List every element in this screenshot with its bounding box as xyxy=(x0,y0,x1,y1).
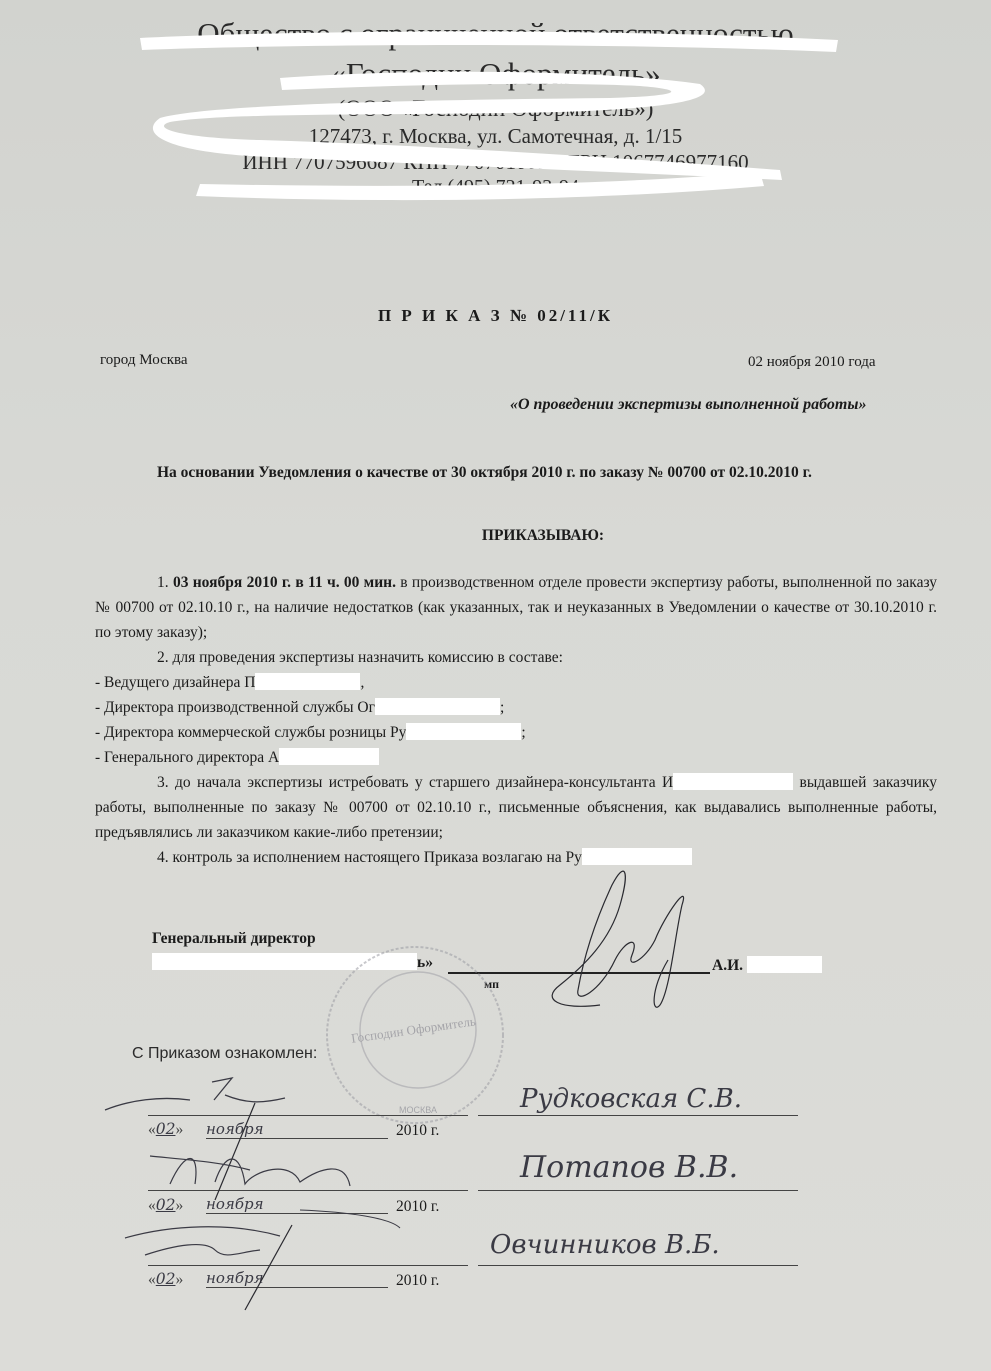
svg-text:МОСКВА: МОСКВА xyxy=(399,1105,437,1115)
member-text: - Директора производственной службы Ог xyxy=(95,699,375,716)
item3-text: 3. до начала экспертизы истребовать у ст… xyxy=(157,774,673,791)
order-item-2: 2. для проведения экспертизы назначить к… xyxy=(95,645,937,670)
member-text: - Ведущего дизайнера П xyxy=(95,674,255,691)
order-title: П Р И К А З № 02/11/К xyxy=(0,306,991,326)
redaction xyxy=(747,956,822,973)
item-number: 1. xyxy=(157,574,173,591)
org-suffix: ь» xyxy=(417,954,433,971)
redaction xyxy=(375,698,500,715)
day-value: 02 xyxy=(156,1120,176,1138)
ack-day: «02» xyxy=(148,1270,183,1289)
order-item-4: 4. контроль за исполнением настоящего Пр… xyxy=(95,845,937,870)
name-line xyxy=(478,1190,798,1191)
order-date: 02 ноября 2010 года xyxy=(748,354,876,371)
signer-position: Генеральный директор xyxy=(152,930,316,948)
order-items: 1. 03 ноября 2010 г. в 11 ч. 00 мин. в п… xyxy=(95,570,937,870)
signer-handwritten-name: Овчинников В.Б. xyxy=(490,1230,720,1260)
ack-day: «02» xyxy=(148,1120,183,1139)
signature-line xyxy=(148,1115,468,1116)
signer-name: А.И. xyxy=(712,956,822,975)
name-line xyxy=(478,1265,798,1266)
ack-year: 2010 г. xyxy=(396,1272,439,1290)
signature-line xyxy=(148,1265,468,1266)
svg-text:Господин Оформитель: Господин Оформитель xyxy=(350,1013,476,1045)
ack-year: 2010 г. xyxy=(396,1198,439,1216)
signature-line xyxy=(148,1190,468,1191)
director-signature xyxy=(552,871,683,1007)
redaction xyxy=(582,848,692,865)
signer-handwritten-name: Потапов В.В. xyxy=(520,1150,738,1185)
item1-datetime: 03 ноября 2010 г. в 11 ч. 00 мин. xyxy=(173,574,396,591)
signer-initials: А.И. xyxy=(712,957,743,974)
order-subject: «О проведении экспертизы выполненной раб… xyxy=(510,396,866,414)
member-tail: ; xyxy=(521,724,525,741)
order-basis: На основании Уведомления о качестве от 3… xyxy=(95,460,937,485)
commission-member: - Ведущего дизайнера П, xyxy=(95,670,937,695)
ack-month: ноября xyxy=(206,1195,388,1214)
name-line xyxy=(478,1115,798,1116)
redaction xyxy=(673,773,793,790)
member-tail: ; xyxy=(500,699,504,716)
stamp-place-label: мп xyxy=(484,977,499,992)
ack-month: ноября xyxy=(206,1269,388,1288)
order-city: город Москва xyxy=(100,352,188,369)
redaction xyxy=(152,953,417,970)
commission-member: - Генерального директора А xyxy=(95,745,937,770)
member-tail: , xyxy=(360,674,364,691)
ack-month: ноября xyxy=(206,1120,388,1139)
day-value: 02 xyxy=(156,1270,176,1288)
acknowledgement-label: С Приказом ознакомлен: xyxy=(132,1045,317,1063)
member-text: - Директора коммерческой службы розницы … xyxy=(95,724,406,741)
redaction-scribble xyxy=(0,0,991,220)
commission-member: - Директора производственной службы Ог; xyxy=(95,695,937,720)
directive-word: ПРИКАЗЫВАЮ: xyxy=(0,527,991,545)
ack-day: «02» xyxy=(148,1196,183,1215)
redaction xyxy=(406,723,521,740)
order-item-1: 1. 03 ноября 2010 г. в 11 ч. 00 мин. в п… xyxy=(95,570,937,645)
redaction xyxy=(255,673,360,690)
ack-year: 2010 г. xyxy=(396,1122,439,1140)
signer-org: ь» xyxy=(152,953,433,972)
day-value: 02 xyxy=(156,1196,176,1214)
commission-member: - Директора коммерческой службы розницы … xyxy=(95,720,937,745)
item4-text: 4. контроль за исполнением настоящего Пр… xyxy=(157,849,582,866)
signature-line xyxy=(448,972,710,974)
member-text: - Генерального директора А xyxy=(95,749,279,766)
redaction xyxy=(279,748,379,765)
order-item-3: 3. до начала экспертизы истребовать у ст… xyxy=(95,770,937,845)
signer-handwritten-name: Рудковская С.В. xyxy=(520,1084,742,1114)
